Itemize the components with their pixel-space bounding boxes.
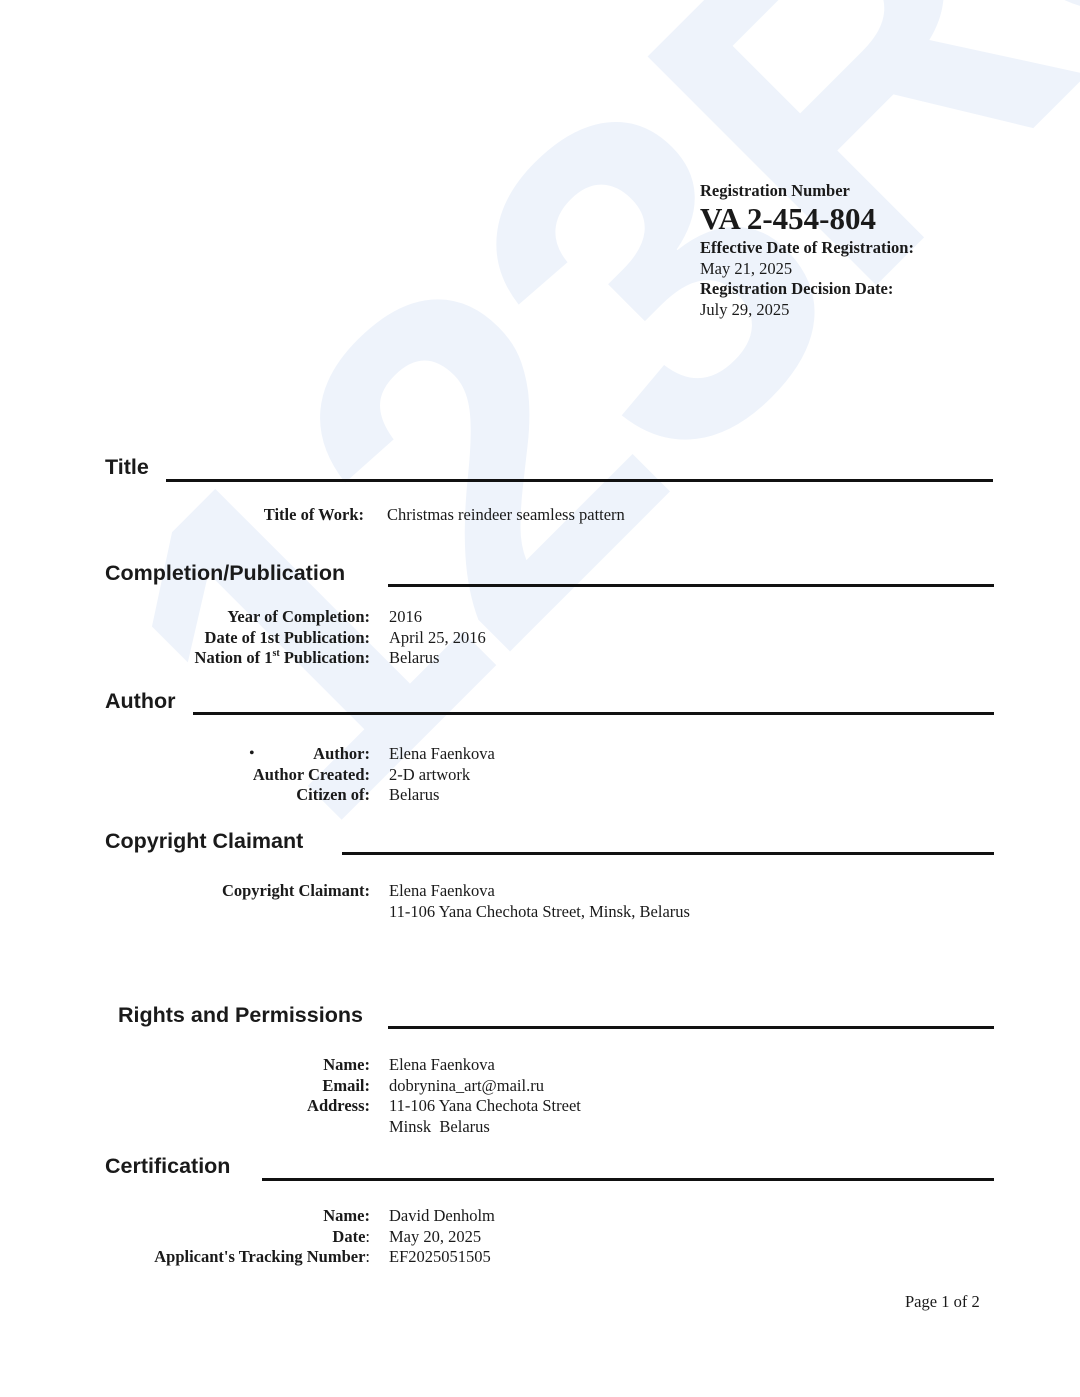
section-claimant-heading: Copyright Claimant: [105, 829, 303, 854]
field-label: Date:: [107, 1227, 389, 1248]
field-row: Title of Work: Christmas reindeer seamle…: [100, 505, 625, 526]
effective-date: May 21, 2025: [700, 258, 1020, 279]
field-row: Date of 1st Publication: April 25, 2016: [107, 628, 486, 649]
decision-date: July 29, 2025: [700, 299, 1020, 320]
field-label: Name:: [107, 1206, 389, 1227]
field-row: Year of Completion: 2016: [107, 607, 486, 628]
section-title-heading: Title: [105, 455, 149, 480]
section-certification-heading: Certification: [105, 1154, 230, 1179]
section-rights-rule: [388, 1026, 994, 1029]
field-label: Copyright Claimant:: [107, 881, 389, 922]
rights-fields: Name: Elena Faenkova Email: dobrynina_ar…: [107, 1055, 581, 1137]
field-value: May 20, 2025: [389, 1227, 481, 1248]
claimant-fields: Copyright Claimant: Elena Faenkova 11-10…: [107, 881, 690, 922]
field-row: Applicant's Tracking Number: EF202505150…: [107, 1247, 495, 1268]
field-row: Name: David Denholm: [107, 1206, 495, 1227]
section-certification-rule: [262, 1178, 994, 1181]
page-number: Page 1 of 2: [905, 1292, 980, 1312]
certification-fields: Name: David Denholm Date: May 20, 2025 A…: [107, 1206, 495, 1268]
title-fields: Title of Work: Christmas reindeer seamle…: [100, 505, 625, 526]
field-value: Christmas reindeer seamless pattern: [387, 505, 625, 526]
registration-number: VA 2-454-804: [700, 201, 1020, 237]
completion-fields: Year of Completion: 2016 Date of 1st Pub…: [107, 607, 486, 669]
registration-number-label: Registration Number: [700, 181, 1020, 201]
author-fields: • Author: Elena Faenkova Author Created:…: [107, 744, 495, 806]
field-row: Citizen of: Belarus: [107, 785, 495, 806]
field-value: Elena Faenkova: [389, 744, 495, 765]
field-label: Address:: [107, 1096, 389, 1137]
bullet-icon: •: [249, 744, 255, 765]
section-claimant-rule: [342, 852, 994, 855]
field-row: Date: May 20, 2025: [107, 1227, 495, 1248]
field-row: Email: dobrynina_art@mail.ru: [107, 1076, 581, 1097]
field-row: Name: Elena Faenkova: [107, 1055, 581, 1076]
section-author-rule: [193, 712, 994, 715]
decision-date-label: Registration Decision Date:: [700, 279, 1020, 299]
effective-date-label: Effective Date of Registration:: [700, 238, 1020, 258]
field-label: Applicant's Tracking Number:: [107, 1247, 389, 1268]
field-label: Name:: [107, 1055, 389, 1076]
section-completion-heading: Completion/Publication: [105, 561, 345, 586]
field-row: Author Created: 2-D artwork: [107, 765, 495, 786]
field-label: Citizen of:: [107, 785, 389, 806]
section-heading-text: Copyright Claimant: [105, 829, 303, 854]
section-heading-text: Rights and Permissions: [118, 1003, 363, 1028]
field-label: Title of Work:: [100, 505, 387, 526]
field-value: EF2025051505: [389, 1247, 491, 1268]
field-label: Author:: [107, 744, 389, 765]
email-value: dobrynina_art@mail.ru: [389, 1076, 544, 1097]
field-label: Year of Completion:: [107, 607, 389, 628]
field-value: David Denholm: [389, 1206, 495, 1227]
registration-block: Registration Number VA 2-454-804 Effecti…: [700, 181, 1020, 320]
field-label: Email:: [107, 1076, 389, 1097]
field-label: Date of 1st Publication:: [107, 628, 389, 649]
field-value: Belarus: [389, 785, 439, 806]
field-row: Author: Elena Faenkova: [107, 744, 495, 765]
field-row: Address: 11-106 Yana Chechota Street Min…: [107, 1096, 581, 1137]
section-title-rule: [166, 479, 993, 482]
field-value: Elena Faenkova 11-106 Yana Chechota Stre…: [389, 881, 690, 922]
field-value: Elena Faenkova: [389, 1055, 495, 1076]
field-value: Belarus: [389, 648, 439, 669]
section-author-heading: Author: [105, 689, 175, 714]
section-rights-heading: Rights and Permissions: [118, 1003, 363, 1028]
field-value: 11-106 Yana Chechota Street Minsk Belaru…: [389, 1096, 581, 1137]
field-value: 2-D artwork: [389, 765, 470, 786]
section-heading-text: Completion/Publication: [105, 561, 345, 586]
section-heading-text: Certification: [105, 1154, 230, 1179]
field-label: Nation of 1st Publication:: [107, 648, 389, 669]
section-completion-rule: [388, 584, 994, 587]
section-heading-text: Author: [105, 689, 175, 714]
field-value: 2016: [389, 607, 422, 628]
field-value: April 25, 2016: [389, 628, 486, 649]
field-row: Nation of 1st Publication: Belarus: [107, 648, 486, 669]
field-row: Copyright Claimant: Elena Faenkova 11-10…: [107, 881, 690, 922]
field-label: Author Created:: [107, 765, 389, 786]
section-heading-text: Title: [105, 455, 149, 480]
